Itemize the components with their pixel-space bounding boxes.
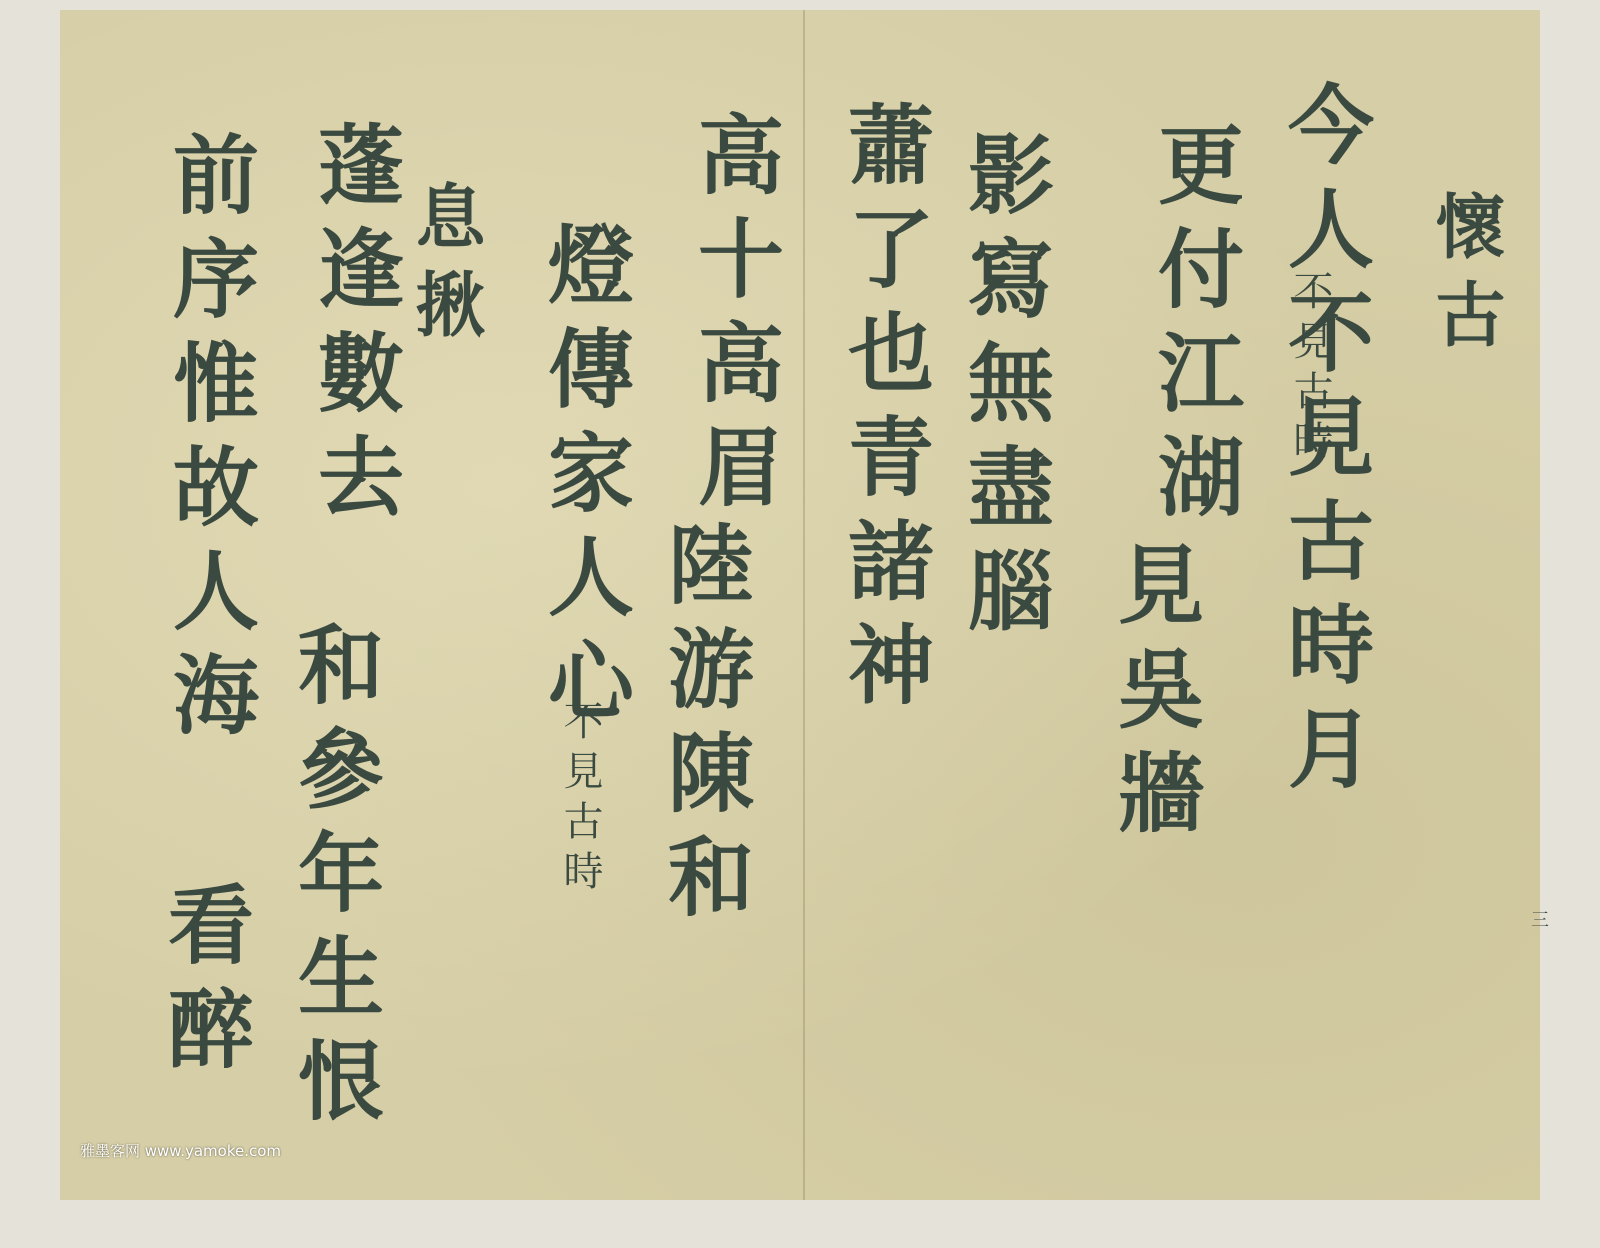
watermark: 雅墨客网 www.yamoke.com xyxy=(80,1140,281,1161)
calligraphy-column-9: 蓬逢數去 xyxy=(310,120,396,536)
calligraphy-column-10: 和參年生恨 xyxy=(290,620,376,1140)
page-number-mark: 三 xyxy=(1525,910,1551,928)
calligraphy-column-4: 影寫無盡腦 xyxy=(960,130,1046,650)
calligraphy-column-2: 更付江湖 xyxy=(1150,120,1236,536)
calligraphy-column-3: 見吳牆 xyxy=(1110,540,1196,852)
center-fold xyxy=(803,10,805,1200)
calligraphy-column-7: 陸游陳和 xyxy=(660,520,746,936)
column-title-xijiu: 息揪 xyxy=(410,180,480,356)
small-annotation-1: 不見古時 xyxy=(560,700,600,900)
column-title-huaigu: 懷古 xyxy=(1430,190,1500,366)
calligraphy-column-8: 燈傳家人心 xyxy=(540,220,626,740)
calligraphy-column-11: 前序惟故人海 xyxy=(165,130,251,754)
small-annotation-2: 不見古時 xyxy=(1290,270,1330,470)
calligraphy-column-6: 高十高眉 xyxy=(690,110,776,526)
calligraphy-column-12: 看醉 xyxy=(160,880,246,1088)
calligraphy-column-5: 蕭了也青諸神 xyxy=(840,100,926,724)
